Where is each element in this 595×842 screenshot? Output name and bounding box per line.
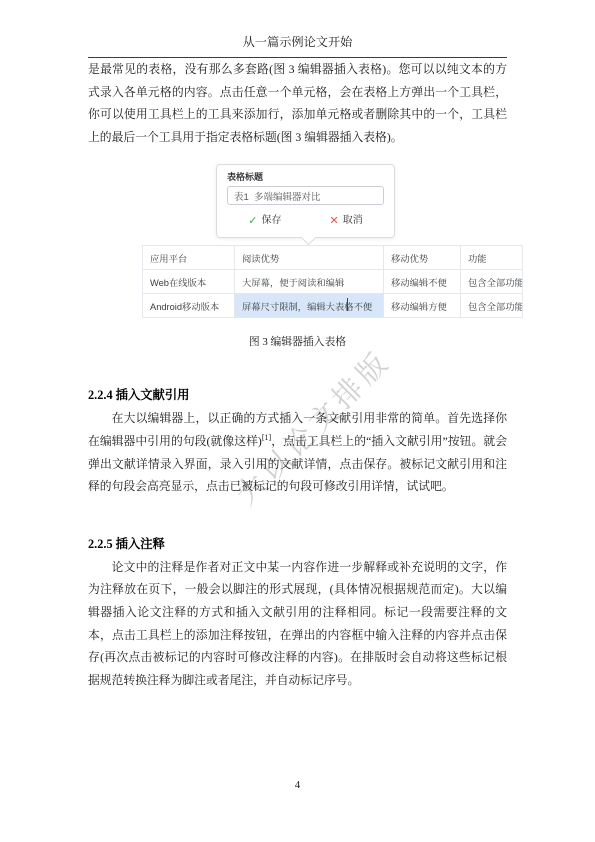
popup-title-label: 表格标题 — [227, 172, 384, 183]
check-icon: ✓ — [248, 214, 257, 228]
header-title: 从一篇示例论文开始 — [243, 35, 353, 49]
popup-actions: ✓ 保存 ✕ 取消 — [227, 214, 384, 228]
table-cell[interactable]: 移动编辑不便 — [384, 270, 461, 294]
table-cell[interactable]: Android移动版本 — [143, 294, 235, 318]
section-heading-225: 2.2.5 插入注释 — [88, 534, 507, 554]
text-cursor — [347, 298, 348, 311]
popup-pointer-caret — [301, 230, 317, 246]
section-heading-224: 2.2.4 插入文献引用 — [88, 385, 507, 405]
table-title-input[interactable] — [227, 186, 384, 205]
save-button[interactable]: ✓ 保存 — [248, 214, 281, 228]
table-cell-selected[interactable]: 屏幕尺寸限制，编辑大表格不便 — [235, 294, 384, 318]
table-cell[interactable]: Web在线版本 — [143, 270, 235, 294]
page-number: 4 — [0, 779, 595, 791]
table-cell[interactable]: 包含全部功能 — [461, 270, 523, 294]
table-cell[interactable]: 包含全部功能 — [461, 294, 523, 318]
table-title-popup: 表格标题 ✓ 保存 ✕ 取消 — [216, 164, 395, 238]
figure-caption: 图 3 编辑器插入表格 — [88, 334, 507, 349]
cancel-button-label: 取消 — [343, 214, 363, 228]
running-header: 从一篇示例论文开始 — [88, 0, 507, 58]
paragraph-citation: 在大以编辑器上，以正确的方式插入一条文献引用非常的简单。首先选择你在编辑器中引用… — [88, 407, 507, 497]
table-header-cell[interactable]: 移动优势 — [384, 246, 461, 270]
x-icon: ✕ — [330, 214, 339, 228]
document-page: 大以论文排版 从一篇示例论文开始 是最常见的表格，没有那么多套路(图 3 编辑器… — [0, 0, 595, 842]
table-header-cell[interactable]: 功能 — [461, 246, 523, 270]
table-header-cell[interactable]: 阅读优势 — [235, 246, 384, 270]
table-row: Android移动版本 屏幕尺寸限制，编辑大表格不便 移动编辑方便 包含全部功能 — [143, 294, 523, 318]
cancel-button[interactable]: ✕ 取消 — [330, 214, 363, 228]
citation-marker: [1] — [262, 433, 271, 442]
table-cell[interactable]: 移动编辑方便 — [384, 294, 461, 318]
figure-editor-screenshot: 表格标题 ✓ 保存 ✕ 取消 应用平台 阅读优势 — [88, 164, 507, 349]
save-button-label: 保存 — [262, 214, 282, 228]
table-header-cell[interactable]: 应用平台 — [143, 246, 235, 270]
comparison-table: 应用平台 阅读优势 移动优势 功能 Web在线版本 大屏幕，便于阅读和编辑 移动… — [142, 245, 523, 318]
paragraph-table-intro: 是最常见的表格，没有那么多套路(图 3 编辑器插入表格)。您可以以纯文本的方式录… — [88, 58, 507, 148]
cell-text: 屏幕尺寸限制，编辑大表格不便 — [242, 302, 372, 312]
paragraph-annotation: 论文中的注释是作者对正文中某一内容作进一步解释或补充说明的文字，作为注释放在页下… — [88, 556, 507, 692]
table-cell[interactable]: 大屏幕，便于阅读和编辑 — [235, 270, 384, 294]
table-header-row: 应用平台 阅读优势 移动优势 功能 — [143, 246, 523, 270]
table-row: Web在线版本 大屏幕，便于阅读和编辑 移动编辑不便 包含全部功能 — [143, 270, 523, 294]
